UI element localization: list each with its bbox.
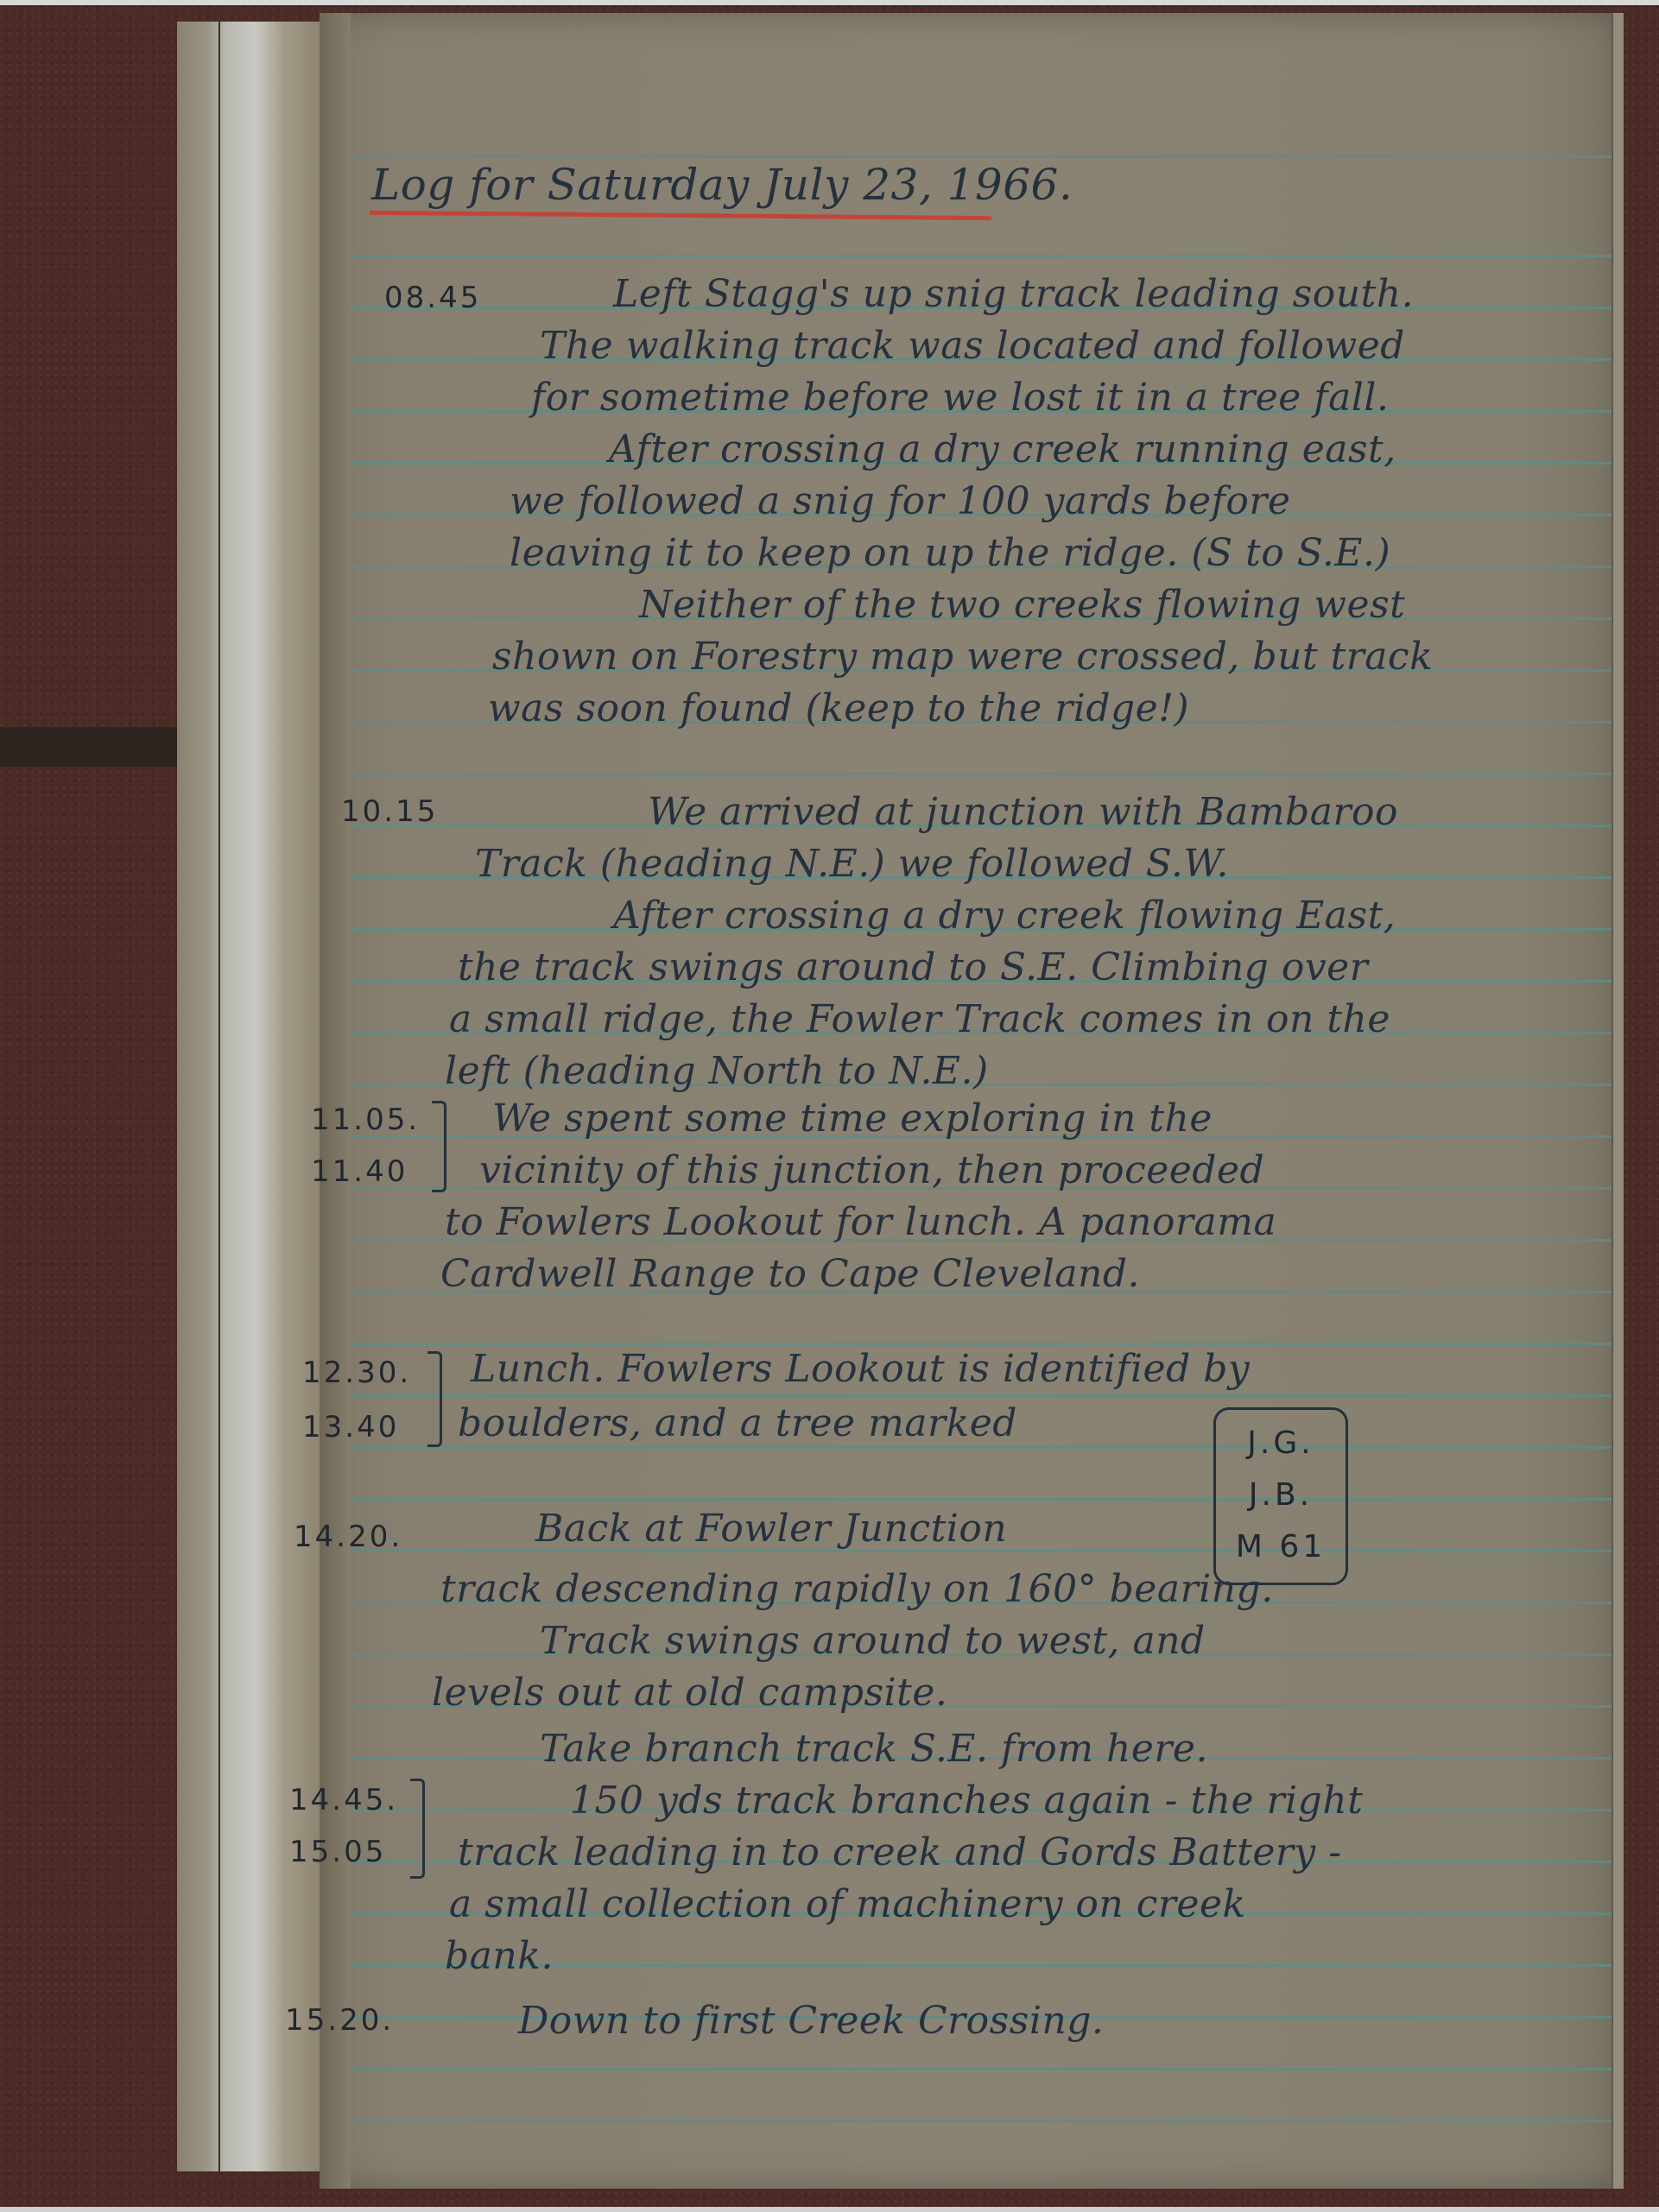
page-right-edge xyxy=(1612,13,1624,2189)
entry-time-start: 11.05. xyxy=(311,1103,420,1137)
entry-line: levels out at old campsite. xyxy=(432,1671,947,1715)
rule-line xyxy=(351,773,1612,775)
entry-time: 14.20. xyxy=(294,1520,402,1554)
title-underline xyxy=(370,211,991,220)
entry-time-start: 14.45. xyxy=(289,1783,398,1817)
entry-line: leaving it to keep on up the ridge. (S t… xyxy=(510,531,1390,575)
entry-line: track leading in to creek and Gords Batt… xyxy=(458,1830,1342,1874)
entry-line: Neither of the two creeks flowing west xyxy=(639,583,1405,627)
entry-line: a small ridge, the Fowler Track comes in… xyxy=(449,997,1390,1041)
rule-line xyxy=(351,1446,1612,1449)
entry-line: Lunch. Fowlers Lookout is identified by xyxy=(471,1347,1250,1391)
time-range-bracket xyxy=(410,1779,425,1879)
entry-line: was soon found (keep to the ridge!) xyxy=(488,686,1189,730)
entry-time-end: 13.40 xyxy=(302,1410,399,1444)
entry-line: Back at Fowler Junction xyxy=(535,1507,1007,1551)
rule-line xyxy=(351,2120,1612,2122)
background-dark-band xyxy=(0,727,181,767)
entry-line: Left Stagg's up snig track leading south… xyxy=(613,272,1414,316)
rule-line xyxy=(351,1343,1612,1345)
rule-line xyxy=(351,1498,1612,1501)
entry-line: The walking track was located and follow… xyxy=(540,324,1405,368)
entry-line: We arrived at junction with Bambaroo xyxy=(648,790,1398,834)
rule-line xyxy=(351,1394,1612,1397)
entry-line: left (heading North to N.E.) xyxy=(445,1049,989,1093)
entry-time: 15.20. xyxy=(285,2003,394,2038)
rule-line xyxy=(351,155,1612,158)
photo-top-edge xyxy=(0,0,1659,5)
entry-line: for sometime before we lost it in a tree… xyxy=(531,376,1389,420)
entry-line: After crossing a dry creek flowing East, xyxy=(613,894,1396,938)
log-title: Log for Saturday July 23, 1966. xyxy=(371,160,1073,210)
entry-line: 150 yds track branches again - the right xyxy=(570,1779,1363,1823)
rule-line xyxy=(351,2068,1612,2070)
entry-line: shown on Forestry map were crossed, but … xyxy=(492,635,1433,679)
entry-line: Track (heading N.E.) we followed S.W. xyxy=(475,842,1229,886)
entry-line: Cardwell Range to Cape Cleveland. xyxy=(440,1252,1140,1296)
entry-time-end: 11.40 xyxy=(311,1154,408,1189)
entry-line: we followed a snig for 100 yards before xyxy=(510,479,1290,523)
entry-line: We spent some time exploring in the xyxy=(492,1097,1213,1141)
notebook-page: Log for Saturday July 23, 1966. 08.45 Le… xyxy=(320,13,1624,2189)
photo-bottom-edge xyxy=(0,2207,1659,2212)
entry-line: to Fowlers Lookout for lunch. A panorama xyxy=(445,1200,1276,1244)
rule-line xyxy=(351,255,1612,257)
tree-marking-box: J.G. J.B. M 61 xyxy=(1213,1407,1348,1585)
time-range-bracket xyxy=(432,1101,446,1192)
tree-marking-line: J.B. xyxy=(1216,1477,1346,1513)
entry-line: vicinity of this junction, then proceede… xyxy=(479,1148,1264,1192)
entry-line: boulders, and a tree marked xyxy=(458,1401,1017,1445)
tree-marking-line: M 61 xyxy=(1216,1529,1346,1564)
entry-line: a small collection of machinery on creek xyxy=(449,1882,1246,1926)
entry-line: After crossing a dry creek running east, xyxy=(609,427,1396,471)
entry-time: 10.15 xyxy=(341,794,438,829)
entry-line: the track swings around to S.E. Climbing… xyxy=(458,945,1368,989)
entry-line: Track swings around to west, and xyxy=(540,1619,1206,1663)
entry-line: Down to first Creek Crossing. xyxy=(518,1999,1104,2043)
entry-time: 08.45 xyxy=(384,281,481,315)
entry-line: Take branch track S.E. from here. xyxy=(540,1727,1208,1771)
page-stack-divider xyxy=(218,22,220,2171)
tree-marking-line: J.G. xyxy=(1216,1425,1346,1461)
entry-time-end: 15.05 xyxy=(289,1835,386,1869)
time-range-bracket xyxy=(427,1351,442,1447)
entry-time-start: 12.30. xyxy=(302,1356,411,1390)
entry-line: bank. xyxy=(445,1934,554,1978)
entry-line: track descending rapidly on 160° bearing… xyxy=(440,1567,1274,1611)
